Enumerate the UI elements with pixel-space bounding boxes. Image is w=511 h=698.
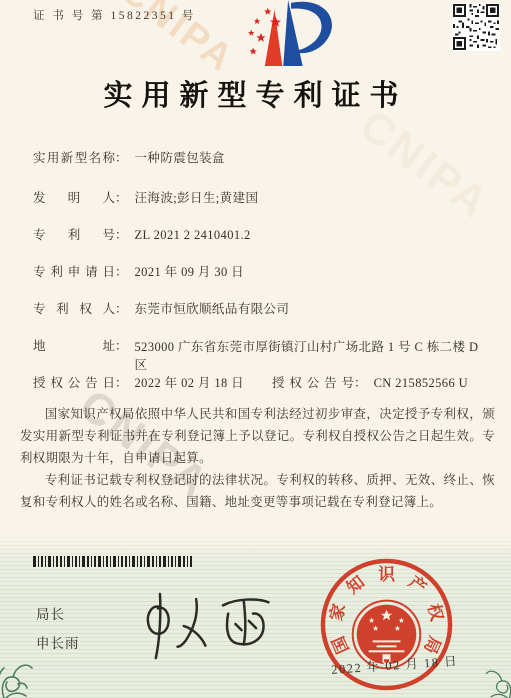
field-value: 一种防震包装盒: [135, 150, 225, 167]
field-label: 授权公告日: [33, 375, 115, 392]
field-label: 授权公告号: [272, 375, 354, 392]
field-patent-number: 专利号： ZL 2021 2 2410401.2: [33, 227, 251, 244]
svg-text:家: 家: [326, 602, 350, 623]
certificate-title: 实用新型专利证书: [0, 73, 511, 114]
field-label: 发明人: [33, 190, 115, 207]
certificate-number: 证 书 号 第 15822351 号: [33, 7, 196, 23]
field-label: 专利号: [33, 227, 115, 244]
corner-flourish-right: [468, 652, 511, 698]
barcode: [33, 556, 192, 567]
legal-paragraph-1: 国家知识产权局依照中华人民共和国专利法经过初步审查，决定授予专利权，颁发实用新型…: [20, 403, 495, 469]
field-value: 东莞市恒欣顺纸品有限公司: [135, 301, 290, 318]
field-value: 汪海波;彭日生;黄建国: [135, 190, 259, 207]
field-value: 523000 广东省东莞市厚街镇汀山村广场北路 1 号 C 栋二楼 D 区: [135, 338, 487, 374]
field-label: 专利申请日: [33, 264, 115, 281]
director-title: 局长: [36, 603, 80, 623]
cnipa-watermark-right: CNIPA: [350, 100, 499, 229]
legal-text-block: 国家知识产权局依照中华人民共和国专利法经过初步审查，决定授予专利权，颁发实用新型…: [20, 403, 495, 513]
cnipa-logo-icon: [247, 0, 337, 66]
field-application-date: 专利申请日： 2021 年 09 月 30 日: [33, 264, 244, 281]
field-utility-model-name: 实用新型名称： 一种防震包装盒: [33, 150, 225, 167]
field-value: CN 215852566 U: [374, 375, 469, 392]
qr-code: [452, 3, 500, 51]
field-value: 2021 年 09 月 30 日: [135, 264, 245, 281]
svg-text:识: 识: [378, 565, 396, 584]
patent-certificate-page: CNIPA CNIPA CNIPA 证 书 号 第 15822351 号: [0, 0, 511, 698]
field-inventors: 发明人： 汪海波;彭日生;黄建国: [33, 190, 258, 207]
corner-flourish-left: [0, 642, 54, 698]
field-value: ZL 2021 2 2410401.2: [135, 227, 251, 244]
field-grant-announcement: 授权公告日： 2022 年 02 月 18 日 授权公告号： CN 215852…: [33, 375, 468, 392]
field-value: 2022 年 02 月 18 日: [135, 375, 245, 392]
director-signature-handwriting: [130, 585, 285, 665]
field-address: 地址： 523000 广东省东莞市厚街镇汀山村广场北路 1 号 C 栋二楼 D …: [33, 338, 487, 374]
field-patentee: 专利权人： 东莞市恒欣顺纸品有限公司: [33, 301, 289, 318]
legal-paragraph-2: 专利证书记载专利权登记时的法律状况。专利权的转移、质押、无效、终止、恢复和专利权…: [20, 469, 495, 513]
svg-text:权: 权: [424, 602, 448, 623]
field-label: 专利权人: [33, 301, 115, 318]
field-label: 实用新型名称: [33, 150, 115, 167]
field-label: 地址: [33, 338, 115, 355]
